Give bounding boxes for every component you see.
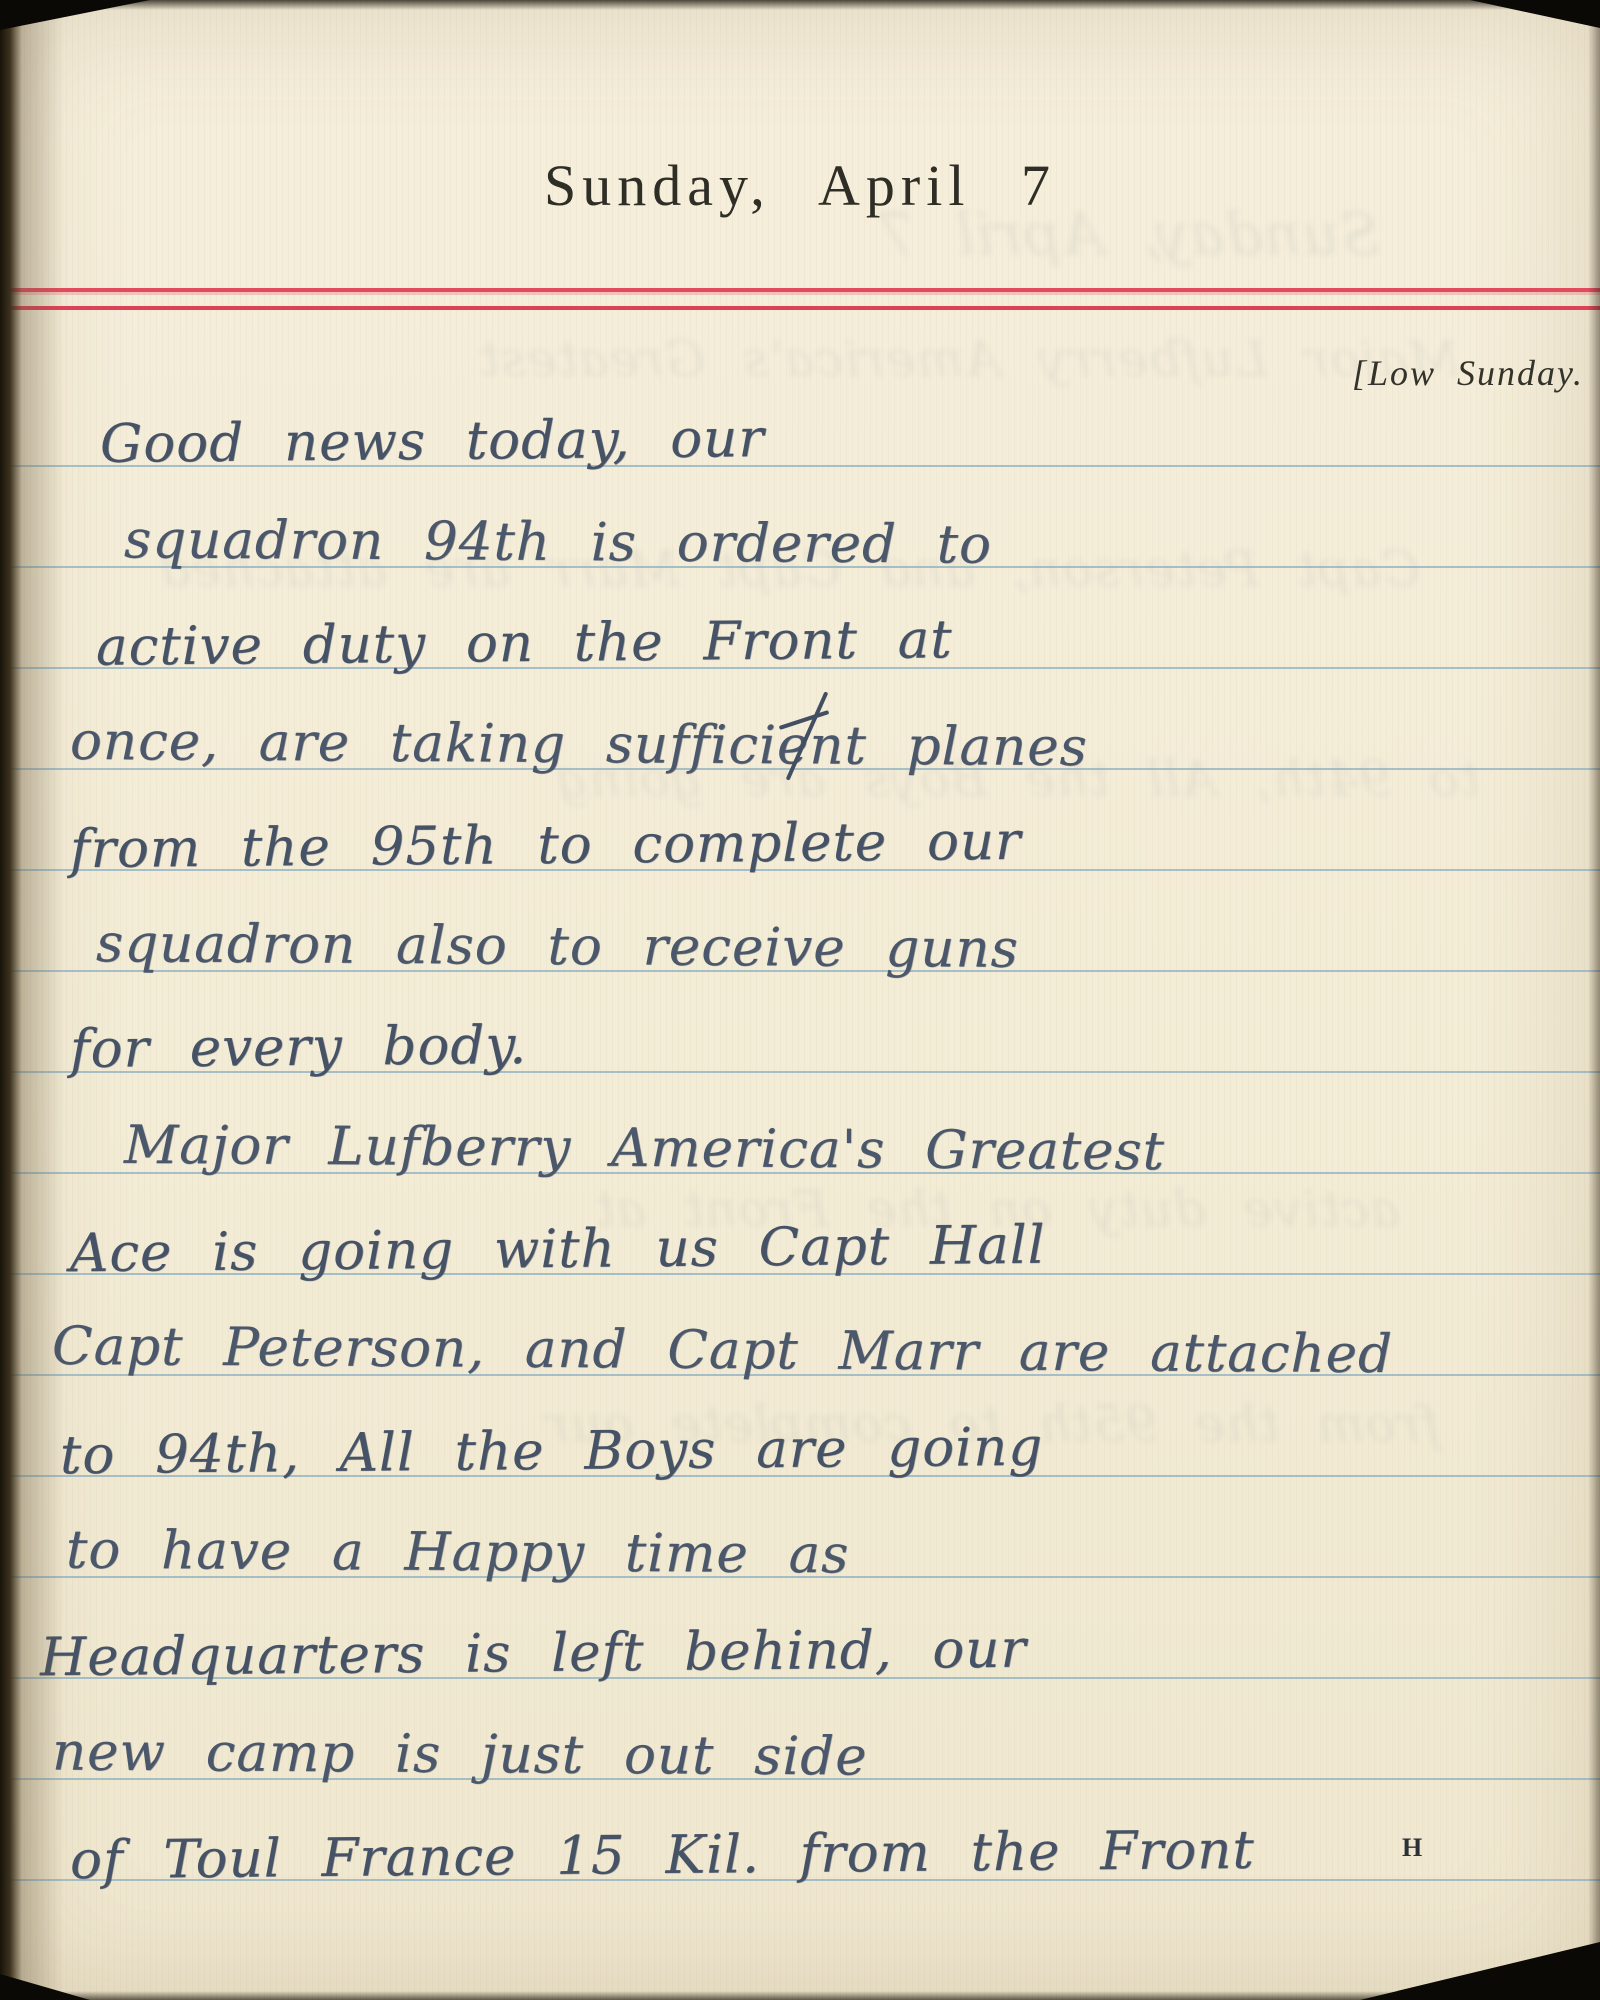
- handwritten-line: new camp is just out side: [52, 1722, 868, 1788]
- handwritten-line: of Toul France 15 Kil. from the Front: [70, 1820, 1255, 1891]
- handwritten-line: squadron also to receive guns: [96, 913, 1019, 980]
- printed-signature-mark: H: [1402, 1833, 1422, 1863]
- diary-page-scan: Major Lufberry America's Greatest Capt P…: [0, 0, 1600, 2000]
- handwritten-line: squadron 94th is ordered to: [124, 509, 992, 575]
- handwritten-line: Headquarters is left behind, our: [40, 1619, 1027, 1689]
- handwritten-line: active duty on the Front at: [96, 609, 953, 677]
- scan-edge-bottom: [0, 1991, 1600, 2000]
- handwritten-line: Capt Peterson, and Capt Marr are attache…: [52, 1316, 1393, 1385]
- handwritten-line: to have a Happy time as: [66, 1520, 850, 1586]
- book-gutter-shadow: [0, 0, 64, 2000]
- handwritten-line: Ace is going with us Capt Hall: [70, 1215, 1046, 1285]
- red-header-rule-bottom: [0, 306, 1600, 310]
- printed-calendar-note: [Low Sunday.: [1352, 352, 1584, 394]
- red-header-rule-top: [0, 288, 1600, 292]
- printed-date-header: Sunday, April 7: [0, 152, 1600, 219]
- scan-edge-top: [0, 0, 1600, 10]
- handwritten-line: Major Lufberry America's Greatest: [124, 1115, 1165, 1182]
- handwritten-line: from the 95th to complete our: [70, 811, 1022, 880]
- handwritten-line: Good news today, our: [100, 408, 765, 475]
- handwritten-line: to 94th, All the Boys are going: [60, 1417, 1044, 1487]
- handwritten-line: for every body.: [70, 1015, 528, 1080]
- scan-edge-right: [1588, 0, 1600, 2000]
- handwritten-line: once, are taking sufficient planes: [70, 711, 1088, 778]
